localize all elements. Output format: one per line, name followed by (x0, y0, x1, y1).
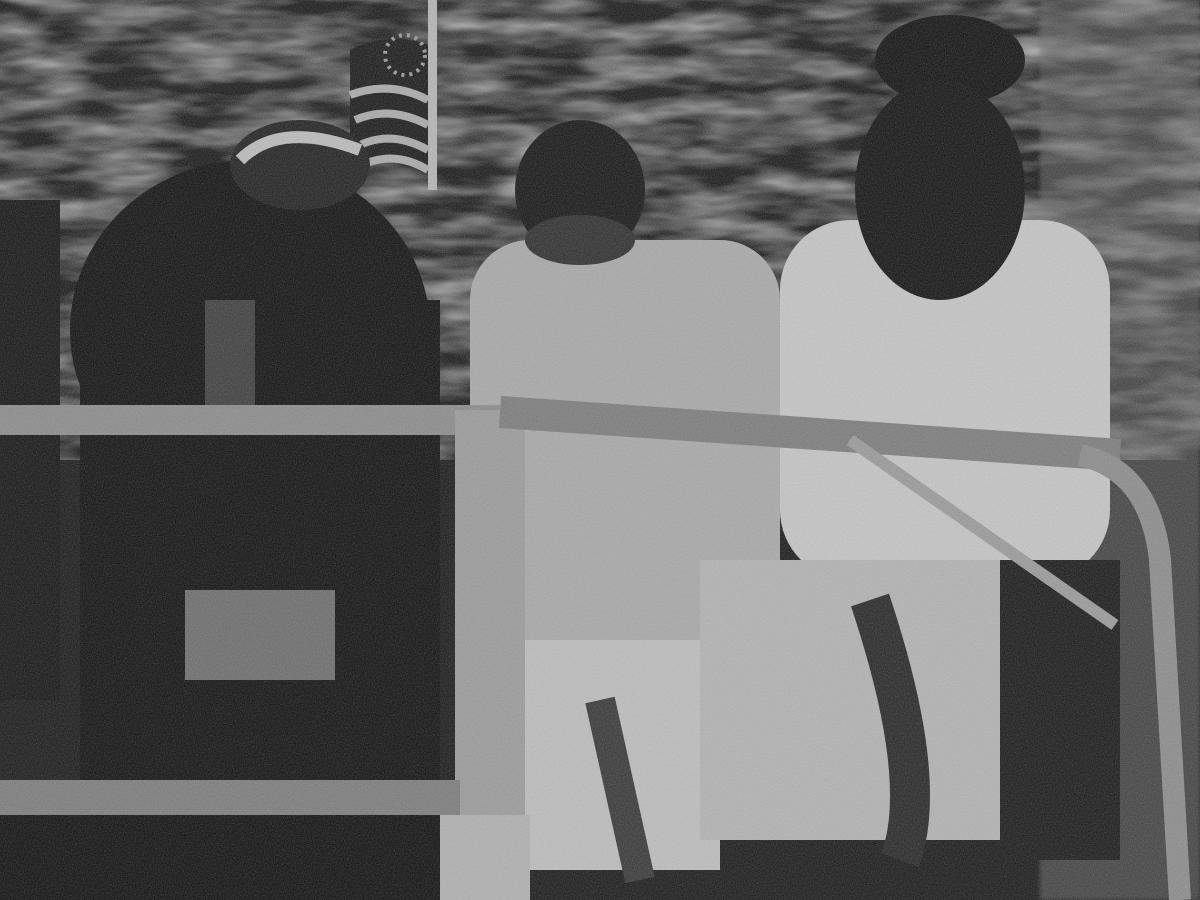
photo-canvas (0, 0, 1200, 900)
newspaper-photo (0, 0, 1200, 900)
halftone-grain (0, 0, 1200, 900)
